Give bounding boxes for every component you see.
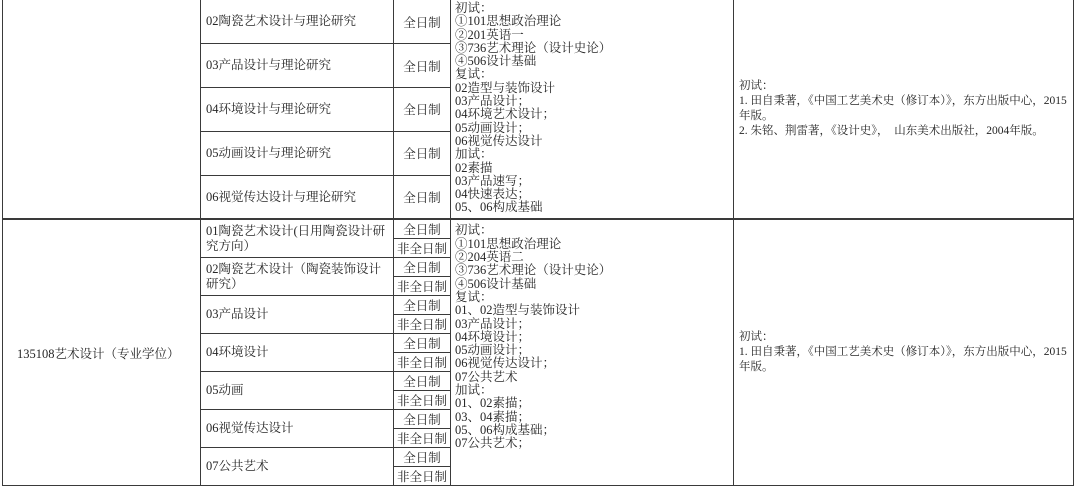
program-cell: 135108艺术设计（专业学位） bbox=[3, 220, 201, 460]
direction-cell: 04环境设计与理论研究 bbox=[201, 88, 394, 132]
direction-cell: 04环境设计 bbox=[201, 334, 394, 372]
reference-books-cell: 初试： 1. 田自秉著，《中国工艺美术史（修订本）》，东方出版中心，2015 年… bbox=[734, 0, 1074, 219]
study-mode-cell: 非全日制 bbox=[394, 391, 451, 410]
table-row: 02陶瓷艺术设计与理论研究 全日制 初试： ①101思想政治理论 ②201英语一… bbox=[3, 0, 1074, 44]
study-mode-cell: 全日制 bbox=[394, 258, 451, 277]
study-mode-cell: 全日制 bbox=[394, 175, 451, 219]
direction-cell: 06视觉传达设计与理论研究 bbox=[201, 175, 394, 219]
admissions-table-bottom-section: 135108艺术设计（专业学位） 01陶瓷艺术设计(日用陶瓷设计研究方向） 全日… bbox=[2, 219, 1074, 460]
admissions-table-top-section: 02陶瓷艺术设计与理论研究 全日制 初试： ①101思想政治理论 ②201英语一… bbox=[2, 0, 1074, 219]
study-mode-cell: 全日制 bbox=[394, 0, 451, 44]
direction-cell: 02陶瓷艺术设计（陶瓷装饰设计研究） bbox=[201, 258, 394, 296]
program-cell-empty bbox=[3, 0, 201, 219]
study-mode-cell: 非全日制 bbox=[394, 315, 451, 334]
study-mode-cell: 非全日制 bbox=[394, 239, 451, 258]
study-mode-cell: 全日制 bbox=[394, 296, 451, 315]
direction-cell: 01陶瓷艺术设计(日用陶瓷设计研究方向） bbox=[201, 220, 394, 258]
table-row: 135108艺术设计（专业学位） 01陶瓷艺术设计(日用陶瓷设计研究方向） 全日… bbox=[3, 220, 1074, 239]
study-mode-cell: 全日制 bbox=[394, 334, 451, 353]
study-mode-cell: 全日制 bbox=[394, 131, 451, 175]
study-mode-cell: 全日制 bbox=[394, 372, 451, 391]
direction-cell: 06视觉传达设计 bbox=[201, 410, 394, 448]
exam-subjects-cell: 初试： ①101思想政治理论 ②204英语二 ③736艺术理论（设计史论） ④5… bbox=[451, 220, 734, 460]
exam-subjects-cell: 初试： ①101思想政治理论 ②201英语一 ③736艺术理论（设计史论） ④5… bbox=[451, 0, 734, 219]
study-mode-cell: 全日制 bbox=[394, 448, 451, 460]
study-mode-cell: 全日制 bbox=[394, 88, 451, 132]
direction-cell: 07公共艺术 bbox=[201, 448, 394, 460]
study-mode-cell: 全日制 bbox=[394, 220, 451, 239]
direction-cell: 05动画 bbox=[201, 372, 394, 410]
study-mode-cell: 全日制 bbox=[394, 410, 451, 429]
reference-books-cell: 初试： 1. 田自秉著，《中国工艺美术史（修订本）》，东方出版中心，2015 年… bbox=[734, 220, 1074, 460]
study-mode-cell: 非全日制 bbox=[394, 429, 451, 448]
direction-cell: 02陶瓷艺术设计与理论研究 bbox=[201, 0, 394, 44]
direction-cell: 03产品设计与理论研究 bbox=[201, 44, 394, 88]
study-mode-cell: 全日制 bbox=[394, 44, 451, 88]
direction-cell: 03产品设计 bbox=[201, 296, 394, 334]
admissions-document-page: 02陶瓷艺术设计与理论研究 全日制 初试： ①101思想政治理论 ②201英语一… bbox=[2, 0, 1073, 460]
study-mode-cell: 非全日制 bbox=[394, 353, 451, 372]
direction-cell: 05动画设计与理论研究 bbox=[201, 131, 394, 175]
study-mode-cell: 非全日制 bbox=[394, 277, 451, 296]
